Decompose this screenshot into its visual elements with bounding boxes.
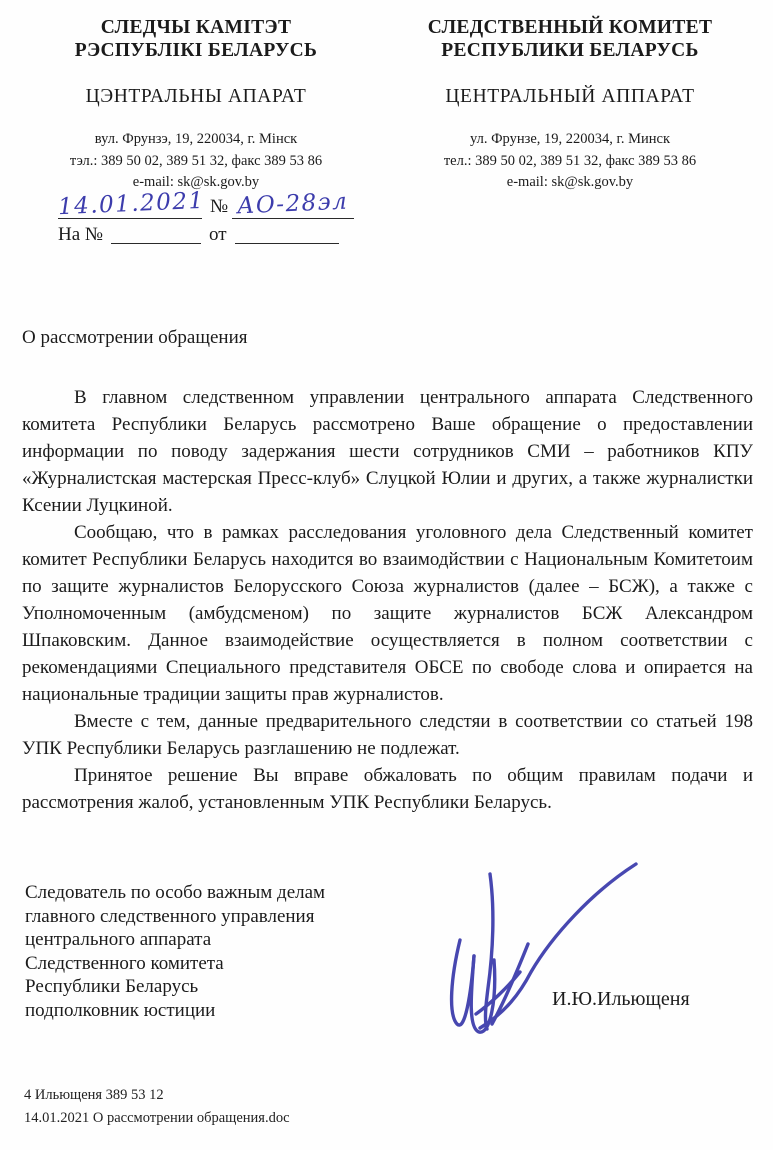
signature-scrawl xyxy=(420,852,680,1052)
body-paragraph: В главном следственном управлении центра… xyxy=(22,384,753,519)
address-block-ru: ул. Фрунзе, 19, 220034, г. Минск тел.: 3… xyxy=(392,129,748,194)
org-name-line2-by: РЭСПУБЛІКІ БЕЛАРУСЬ xyxy=(26,39,366,62)
department-name-by: ЦЭНТРАЛЬНЫ АПАРАТ xyxy=(26,86,366,108)
date-underline: 14.01.2021 xyxy=(58,192,202,219)
signer-title-line: главного следственного управления xyxy=(25,905,325,929)
body-paragraph: Вместе с тем, данные предварительного сл… xyxy=(22,708,753,762)
handwritten-number: АО-28эл xyxy=(237,189,349,220)
letterhead-russian: СЛЕДСТВЕННЫЙ КОМИТЕТ РЕСПУБЛИКИ БЕЛАРУСЬ… xyxy=(392,16,748,194)
footer-filename: 14.01.2021 О рассмотрении обращения.doc xyxy=(24,1107,290,1130)
signer-title-line: центрального аппарата xyxy=(25,928,325,952)
street-address-by: вул. Фрунзэ, 19, 220034, г. Мінск xyxy=(26,129,366,151)
reply-number-blank xyxy=(111,226,201,244)
signer-title-block: Следователь по особо важным делам главно… xyxy=(25,881,325,1022)
reply-date-blank xyxy=(235,226,339,244)
scanned-letter-page: СЛЕДЧЫ КАМІТЭТ РЭСПУБЛІКІ БЕЛАРУСЬ ЦЭНТР… xyxy=(0,0,773,1150)
subject-line: О рассмотрении обращения xyxy=(22,327,248,349)
phone-fax-by: тэл.: 389 50 02, 389 51 32, факс 389 53 … xyxy=(26,151,366,173)
signer-title-line: Следственного комитета xyxy=(25,952,325,976)
signer-title-line: Следователь по особо важным делам xyxy=(25,881,325,905)
document-footer: 4 Ильющеня 389 53 12 14.01.2021 О рассмо… xyxy=(24,1084,290,1130)
letter-body: В главном следственном управлении центра… xyxy=(22,384,753,816)
phone-fax-ru: тел.: 389 50 02, 389 51 32, факс 389 53 … xyxy=(392,151,748,173)
number-underline: АО-28эл xyxy=(232,192,354,219)
reference-block: 14.01.2021№АО-28эл На №от xyxy=(58,192,354,246)
letterhead-belarusian: СЛЕДЧЫ КАМІТЭТ РЭСПУБЛІКІ БЕЛАРУСЬ ЦЭНТР… xyxy=(26,16,366,194)
reply-to-label: На № xyxy=(58,224,103,245)
body-paragraph: Принятое решение Вы вправе обжаловать по… xyxy=(22,762,753,816)
signer-title-line: Республики Беларусь xyxy=(25,975,325,999)
street-address-ru: ул. Фрунзе, 19, 220034, г. Минск xyxy=(392,129,748,151)
handwritten-date: 14.01.2021 xyxy=(57,188,205,220)
email-ru: e-mail: sk@sk.gov.by xyxy=(392,172,748,194)
incoming-reference-row: На №от xyxy=(58,224,354,246)
outgoing-reference-row: 14.01.2021№АО-28эл xyxy=(58,192,354,219)
footer-executor-phone: 4 Ильющеня 389 53 12 xyxy=(24,1084,290,1107)
org-name-line1-by: СЛЕДЧЫ КАМІТЭТ xyxy=(26,16,366,39)
from-date-label: от xyxy=(209,224,227,245)
address-block-by: вул. Фрунзэ, 19, 220034, г. Мінск тэл.: … xyxy=(26,129,366,194)
signer-title-line: подполковник юстиции xyxy=(25,999,325,1023)
org-name-line1-ru: СЛЕДСТВЕННЫЙ КОМИТЕТ xyxy=(392,16,748,39)
number-sign-label: № xyxy=(210,196,228,217)
body-paragraph: Сообщаю, что в рамках расследования угол… xyxy=(22,519,753,708)
org-name-line2-ru: РЕСПУБЛИКИ БЕЛАРУСЬ xyxy=(392,39,748,62)
department-name-ru: ЦЕНТРАЛЬНЫЙ АППАРАТ xyxy=(392,86,748,108)
signature-name: И.Ю.Ильющеня xyxy=(552,988,690,1011)
